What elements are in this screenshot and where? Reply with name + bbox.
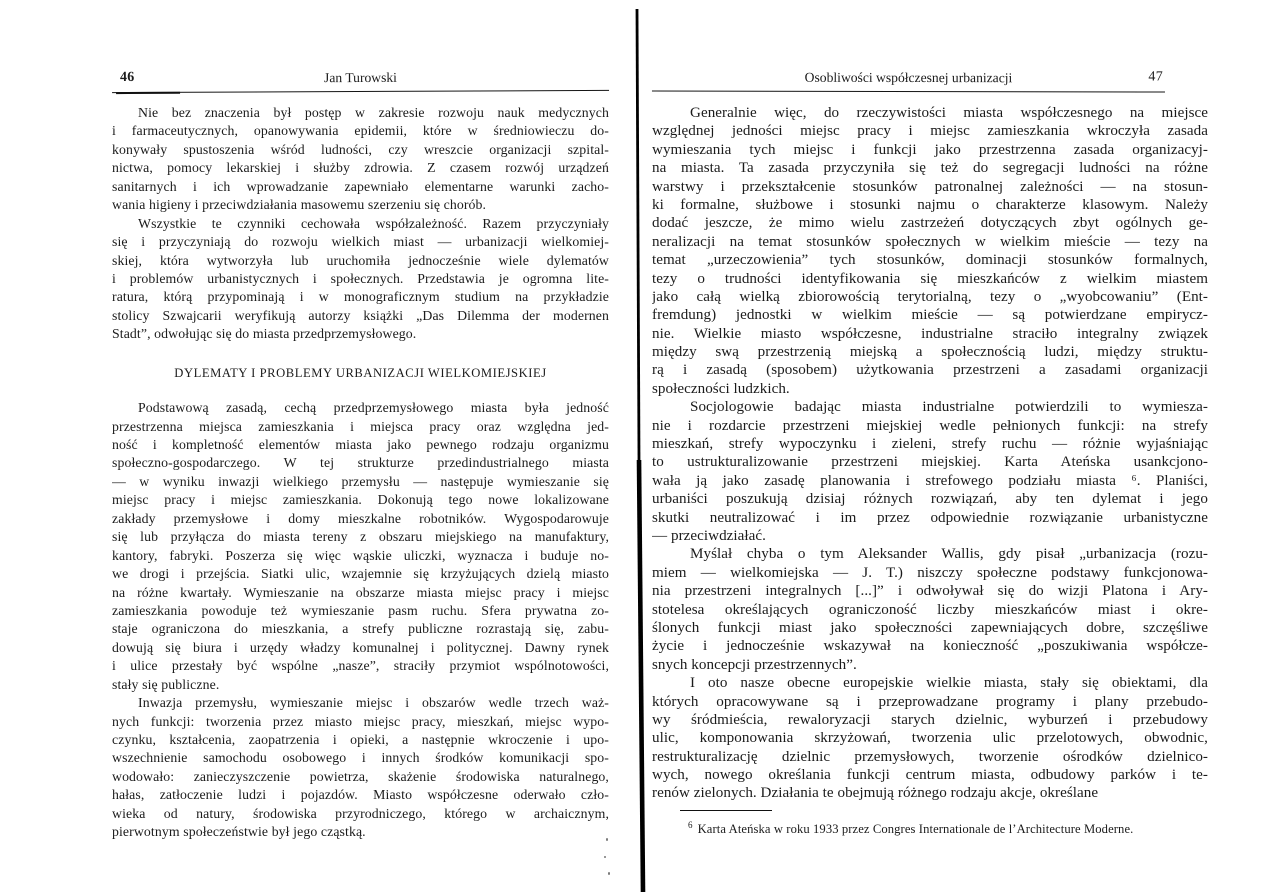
text-line: dodać jeszcze, że mimo wielu zastrzeżeń …: [652, 214, 1208, 232]
paragraph: I oto nasze obecne europejskie wielkie m…: [652, 674, 1208, 803]
text-line: renów zielonych. Działania te obejmują r…: [652, 784, 1208, 802]
text-line: stały się publiczne.: [112, 676, 609, 694]
text-line: neralizacji na temat stosunków społeczny…: [652, 233, 1208, 251]
text-line: zakłady przemysłowe i domy mieszkalne ro…: [112, 510, 609, 528]
text-line: warstwy i przekształcenie stosunków patr…: [652, 178, 1208, 196]
text-line: konywały spustoszenia wśród ludności, cz…: [112, 141, 609, 159]
text-line: restrukturalizację dzielnic przemysłowyc…: [652, 748, 1208, 766]
text-line: między swą przestrzenią miejską a społec…: [652, 343, 1208, 361]
text-line: ślonych funkcji miast jako społeczności …: [652, 619, 1208, 637]
text-line: wymieszania tych miejsc i funkcji jako p…: [652, 141, 1208, 159]
section-heading: DYLEMATY I PROBLEMY URBANIZACJI WIELKOMI…: [112, 364, 609, 382]
text-line: Inwazja przemysłu, wymieszanie miejsc i …: [112, 694, 609, 712]
text-line: życie i jednocześnie wskazywał na koniec…: [652, 637, 1208, 655]
text-line: skutki neutralizować i im przez odpowied…: [652, 509, 1208, 527]
text-line: tezy o trudności identyfikowania się mie…: [652, 270, 1208, 288]
scan-speck: [608, 872, 610, 875]
text-line: wania higieny i przeciwdziałania masowem…: [112, 196, 609, 214]
text-line: snych koncepcji przestrzennych”.: [652, 656, 1208, 674]
text-line: temat „urzeczowienia” tych stosunków, do…: [652, 251, 1208, 269]
paragraph: Myślał chyba o tym Aleksander Wallis, gd…: [652, 545, 1208, 674]
text-line: przestrzenna miejsca zamieszkania i miej…: [112, 418, 609, 436]
text-line: miejsc pracy i miejsc zamieszkania. Doko…: [112, 491, 609, 509]
text-line: ność i kompletność elementów miasta jako…: [112, 436, 609, 454]
footnote-separator-rule: [680, 810, 772, 811]
text-line: hałas, zatłoczenie ludzi i pojazdów. Mia…: [112, 786, 609, 804]
right-running-head-bar: Osobliwości współczesnej urbanizacji 47: [652, 67, 1165, 92]
text-line: wych, nowego określania funkcji centrum …: [652, 766, 1208, 784]
paragraph: Nie bez znaczenia był postęp w zakresie …: [112, 104, 609, 215]
text-line: mieszkań, strefy wypoczynku i zieleni, s…: [652, 435, 1208, 453]
text-line: Generalnie więc, do rzeczywistości miast…: [652, 104, 1208, 122]
text-line: ulic, komponowania skrzyżowań, tworzenia…: [652, 729, 1208, 747]
left-page: 46 Jan Turowski Nie bez znaczenia był po…: [112, 68, 609, 842]
scan-speck: [604, 856, 606, 858]
paragraph: Socjologowie badając miasta industrialne…: [652, 398, 1208, 545]
text-line: we drogi i przejścia. Siatki ulic, wzaje…: [112, 565, 609, 583]
right-paragraphs: Generalnie więc, do rzeczywistości miast…: [652, 104, 1208, 803]
footnote-text: Karta Ateńska w roku 1933 przez Congres …: [698, 822, 1134, 836]
text-line: względnej jedności miejsc pracy i miejsc…: [652, 122, 1208, 140]
text-line: — w wyniku inwazji wielkiego przemysłu —…: [112, 473, 609, 491]
text-line: i problemów urbanistycznych i społecznyc…: [112, 270, 609, 288]
left-intro-paragraphs: Nie bez znaczenia był postęp w zakresie …: [112, 104, 609, 344]
text-line: miem — wielkomiejska — J. T.) niszczy sp…: [652, 564, 1208, 582]
text-line: się lub przyłącza do miasta tereny z obs…: [112, 528, 609, 546]
paragraph: Generalnie więc, do rzeczywistości miast…: [652, 104, 1208, 398]
text-line: zamieszkania powoduje też wymieszanie pa…: [112, 602, 609, 620]
footnote: 6Karta Ateńska w roku 1933 przez Congres…: [652, 816, 1208, 839]
text-line: wodowało: zanieczyszczenie powietrza, sk…: [112, 768, 609, 786]
right-body-text: Generalnie więc, do rzeczywistości miast…: [652, 104, 1208, 838]
scan-speck: [606, 838, 608, 841]
text-line: pierwotnym społeczeństwie był jego cząst…: [112, 823, 609, 841]
page-number-underline: [116, 92, 180, 94]
text-line: nie. Wielkie miasto współczesne, industr…: [652, 325, 1208, 343]
left-running-head: Jan Turowski: [112, 69, 609, 87]
paragraph: Wszystkie te czynniki cechowała współzal…: [112, 215, 609, 344]
book-scan: 46 Jan Turowski Nie bez znaczenia był po…: [0, 0, 1262, 894]
right-page: Osobliwości współczesnej urbanizacji 47 …: [652, 68, 1208, 838]
text-line: urbaniści poszukują dzisiaj różnych rozw…: [652, 490, 1208, 508]
text-line: Myślał chyba o tym Aleksander Wallis, gd…: [652, 545, 1208, 563]
footnote-marker: 6: [688, 820, 693, 830]
text-line: dowują się biura i urzędy władzy komunal…: [112, 639, 609, 657]
text-line: wszechnienie samochodu osobowego i innyc…: [112, 749, 609, 767]
text-line: nych funkcji: tworzenia przez miasto mie…: [112, 713, 609, 731]
paragraph: Inwazja przemysłu, wymieszanie miejsc i …: [112, 694, 609, 842]
text-line: nictwa, pomocy lekarskiej i służby zdrow…: [112, 159, 609, 177]
text-line: staje ograniczona do mieszkania, a stref…: [112, 620, 609, 638]
text-line: Socjologowie badając miasta industrialne…: [652, 398, 1208, 416]
text-line: stotelesa określających ograniczoność li…: [652, 601, 1208, 619]
text-line: I oto nasze obecne europejskie wielkie m…: [652, 674, 1208, 692]
text-line: kantory, fabryki. Poszerza się więc wąsk…: [112, 547, 609, 565]
text-line: na różne kwartały. Wymieszanie na obszar…: [112, 584, 609, 602]
left-main-paragraphs: Podstawową zasadą, cechą przedprzemysłow…: [112, 399, 609, 842]
text-line: wieka od natury, środowiska przyrodnicze…: [112, 805, 609, 823]
text-line: i farmaceutycznych, opanowywania epidemi…: [112, 122, 609, 140]
text-line: ki formalne, służbowe i stosunki najmu o…: [652, 196, 1208, 214]
text-line: skiej, która wytworzyła lub uruchomiła j…: [112, 252, 609, 270]
text-line: i ulice przestały być wspólne „nasze”, s…: [112, 657, 609, 675]
text-line: się i przyczyniają do rozwoju wielkich m…: [112, 233, 609, 251]
text-line: fremdung) jednostki w wielkim mieście — …: [652, 306, 1208, 324]
text-line: sanitarnych i ich wprowadzanie zapewniał…: [112, 178, 609, 196]
left-running-head-bar: 46 Jan Turowski: [112, 67, 609, 93]
text-line: których opracowywane są i przeprowadzane…: [652, 693, 1208, 711]
footnote-block: 6Karta Ateńska w roku 1933 przez Congres…: [652, 810, 1208, 839]
text-line: Podstawową zasadą, cechą przedprzemysłow…: [112, 399, 609, 417]
text-line: jako całą wielką zbiorowością terytorial…: [652, 288, 1208, 306]
right-page-number: 47: [1148, 70, 1163, 86]
text-line: nie i rozdarcie przestrzeni miejskiej we…: [652, 417, 1208, 435]
right-running-head: Osobliwości współczesnej urbanizacji: [652, 69, 1165, 86]
paragraph: Podstawową zasadą, cechą przedprzemysłow…: [112, 399, 609, 694]
text-line: nia przestrzeni integralnych [...]” i od…: [652, 582, 1208, 600]
text-line: społeczno-gospodarczego. W tej strukturz…: [112, 454, 609, 472]
text-line: na miasta. Ta zasada przyczyniła się też…: [652, 159, 1208, 177]
text-line: stolicy Szwajcarii weryfikują autorzy ks…: [112, 307, 609, 325]
text-line: społeczności ludzkich.: [652, 380, 1208, 398]
text-line: wała ją jako zasadę planowania i strefow…: [652, 472, 1208, 490]
text-line: Stadt”, odwołując się do miasta przedprz…: [112, 325, 609, 343]
text-line: czynku, kształcenia, zaopatrzenia i opie…: [112, 731, 609, 749]
text-line: Nie bez znaczenia był postęp w zakresie …: [112, 104, 609, 122]
left-body-text: Nie bez znaczenia był postęp w zakresie …: [112, 104, 609, 842]
text-line: to ustrukturalizowanie przestrzeni miejs…: [652, 453, 1208, 471]
text-line: Wszystkie te czynniki cechowała współzal…: [112, 215, 609, 233]
text-line: rą i zasadą (sposobem) użytkowania przes…: [652, 361, 1208, 379]
text-line: ratura, którą przypominają i w monografi…: [112, 288, 609, 306]
text-line: — przeciwdziałać.: [652, 527, 1208, 545]
text-line: wy śródmieścia, rewaloryzacji starych dz…: [652, 711, 1208, 729]
